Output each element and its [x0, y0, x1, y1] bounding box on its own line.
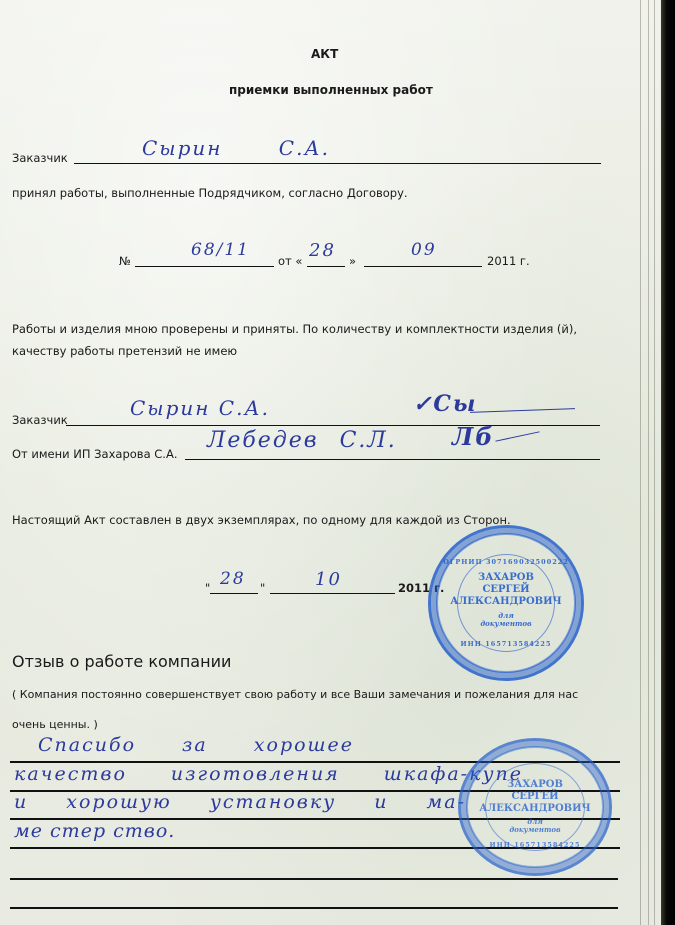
stamp-purpose-line-2: документов	[431, 620, 581, 628]
signature-customer-handwritten: Сырин С.А.	[130, 396, 270, 420]
contract-year: 2011 г.	[487, 254, 530, 268]
contract-number-handwritten: 68/11	[191, 240, 250, 260]
contract-month-underline	[364, 266, 482, 267]
signature-contractor-underline	[185, 459, 600, 460]
signature-customer-mark: ✓Сы	[413, 391, 477, 417]
statement-line-2: качеству работы претензий не имею	[12, 344, 237, 358]
stamp2-inn: ИНН 165713584225	[461, 841, 609, 849]
stamp-name-line-2: СЕРГЕЙ	[431, 584, 581, 596]
review-handwritten-line-3: и хорошую установку и ма-	[14, 791, 466, 813]
signature-contractor-mark: Лб	[452, 422, 495, 451]
act-date-day-underline	[210, 593, 258, 594]
accepted-text: принял работы, выполненные Подрядчиком, …	[12, 186, 408, 200]
statement-line-1: Работы и изделия мною проверены и принят…	[12, 322, 577, 336]
stamp-name-line-1: ЗАХАРОВ	[431, 572, 581, 584]
document-subtitle: приемки выполненных работ	[229, 83, 433, 97]
contract-month-handwritten: 09	[411, 240, 437, 260]
review-note-line-2: очень ценны. )	[12, 718, 98, 731]
review-line-5	[10, 878, 618, 880]
signature-customer-underline	[66, 425, 600, 426]
customer-name-handwritten: Сырин С.А.	[142, 136, 330, 160]
signature-contractor-flourish	[495, 431, 539, 441]
review-note-line-1: ( Компания постоянно совершенствует свою…	[12, 688, 578, 701]
act-date-close-quote: "	[260, 581, 265, 595]
contract-day-underline	[307, 266, 345, 267]
contract-number-underline	[135, 266, 274, 267]
review-line-6	[10, 907, 618, 909]
act-date-month-underline	[270, 593, 395, 594]
stamp-name-line-3: АЛЕКСАНДРОВИЧ	[431, 596, 581, 608]
signature-contractor-label: От имени ИП Захарова С.А.	[12, 447, 177, 461]
document-title: АКТ	[311, 47, 338, 61]
signature-contractor-handwritten: Лебедев С.Л.	[207, 428, 397, 453]
review-handwritten-line-1: Спасибо за хорошее	[38, 734, 354, 756]
act-date-day-handwritten: 28	[220, 569, 246, 589]
contract-from-label: от «	[278, 254, 302, 268]
customer-underline	[74, 163, 601, 164]
review-handwritten-line-2: качество изготовления шкафа-купе	[14, 763, 523, 785]
stamp2-name-line-2: СЕРГЕЙ	[461, 791, 609, 803]
contract-day-handwritten: 28	[309, 240, 336, 261]
act-date-month-handwritten: 10	[315, 569, 342, 590]
stamp-ogrnip: ОГРНИП 307169032500222	[431, 558, 581, 566]
stamp2-name-line-3: АЛЕКСАНДРОВИЧ	[461, 803, 609, 815]
page-edge-lines	[630, 0, 660, 925]
contract-number-label: №	[119, 254, 131, 268]
contract-day-close: »	[349, 254, 356, 268]
copies-text: Настоящий Акт составлен в двух экземпляр…	[12, 513, 511, 527]
company-stamp: ОГРНИП 307169032500222 ЗАХАРОВ СЕРГЕЙ АЛ…	[428, 525, 584, 681]
signature-customer-flourish	[470, 408, 575, 413]
stamp2-purpose-line-2: документов	[461, 826, 609, 834]
document-page: АКТ приемки выполненных работ Заказчик С…	[0, 0, 660, 925]
scan-dark-edge	[661, 0, 675, 925]
stamp-inn: ИНН 165713584225	[431, 640, 581, 648]
signature-customer-label: Заказчик	[12, 413, 68, 427]
review-handwritten-line-4: ме стер ство.	[14, 820, 175, 842]
review-heading: Отзыв о работе компании	[12, 652, 231, 671]
company-stamp-second: ЗАХАРОВ СЕРГЕЙ АЛЕКСАНДРОВИЧ для докумен…	[458, 738, 612, 876]
customer-label: Заказчик	[12, 151, 68, 165]
stamp2-name-line-1: ЗАХАРОВ	[461, 779, 609, 791]
